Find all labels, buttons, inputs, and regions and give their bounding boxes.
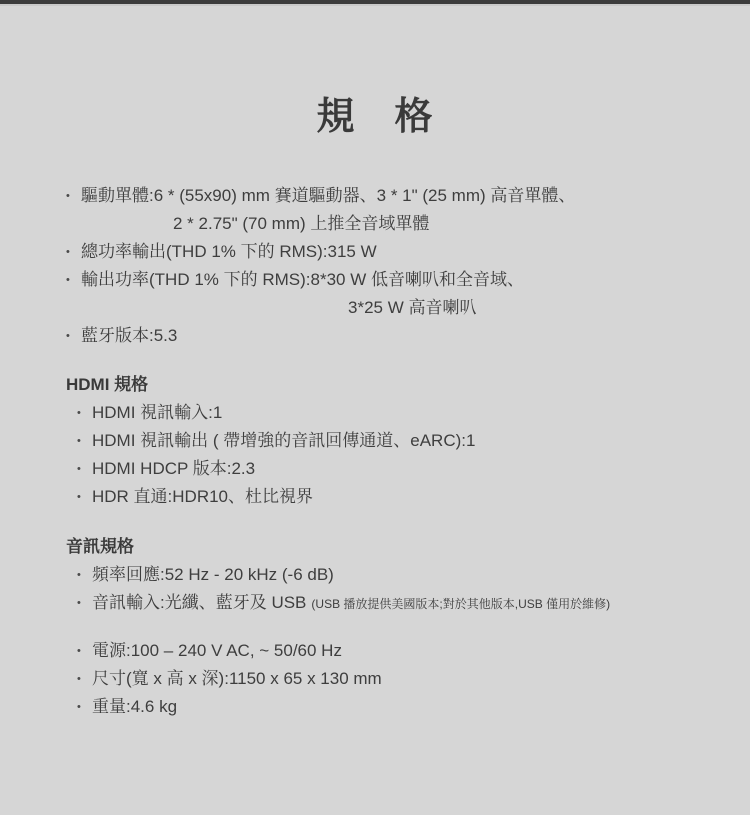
usb-availability-note: (USB 播放提供美國版本;對於其他版本,USB 僅用於維修) (311, 597, 610, 611)
general-specs-list: • 驅動單體:6 * (55x90) mm 賽道驅動器、3 * 1" (25 m… (66, 182, 730, 350)
spec-line-continuation: 3*25 W 高音喇叭 (348, 294, 524, 322)
spec-line: 尺寸(寬 x 高 x 深):1150 x 65 x 130 mm (92, 665, 382, 693)
physical-specs-list: • 電源:100 – 240 V AC, ~ 50/60 Hz • 尺寸(寬 x… (66, 637, 730, 721)
bullet-dot: • (77, 483, 92, 511)
spec-line: HDMI HDCP 版本:2.3 (92, 455, 255, 483)
spec-line: 頻率回應:52 Hz - 20 kHz (-6 dB) (92, 561, 334, 589)
top-divider-bar (0, 0, 750, 6)
spec-item-output-power: • 輸出功率(THD 1% 下的 RMS):8*30 W 低音喇叭和全音域、 3… (66, 266, 730, 322)
bullet-dot: • (77, 665, 92, 693)
bullet-dot: • (66, 182, 81, 210)
audio-section-heading: 音訊規格 (66, 533, 730, 561)
spec-item-power-supply: • 電源:100 – 240 V AC, ~ 50/60 Hz (77, 637, 730, 665)
spec-content: • 驅動單體:6 * (55x90) mm 賽道驅動器、3 * 1" (25 m… (0, 182, 750, 721)
bullet-dot: • (66, 266, 81, 294)
spec-line: HDR 直通:HDR10、杜比視界 (92, 483, 313, 511)
bullet-dot: • (77, 455, 92, 483)
bullet-dot: • (77, 589, 92, 617)
spec-item-bluetooth: • 藍牙版本:5.3 (66, 322, 730, 350)
spec-item-hdmi-output: • HDMI 視訊輸出 ( 帶增強的音訊回傳通道、eARC):1 (77, 427, 730, 455)
spec-line: 重量:4.6 kg (92, 693, 177, 721)
page-title: 規 格 (0, 98, 750, 136)
bullet-dot: • (77, 637, 92, 665)
spec-item-weight: • 重量:4.6 kg (77, 693, 730, 721)
spec-line: 輸出功率(THD 1% 下的 RMS):8*30 W 低音喇叭和全音域、 (81, 266, 524, 294)
bullet-dot: • (77, 693, 92, 721)
spec-item-frequency: • 頻率回應:52 Hz - 20 kHz (-6 dB) (77, 561, 730, 589)
spec-line: 藍牙版本:5.3 (81, 322, 177, 350)
bullet-dot: • (77, 427, 92, 455)
spec-line: HDMI 視訊輸入:1 (92, 399, 222, 427)
bullet-dot: • (66, 238, 81, 266)
spec-item-drivers: • 驅動單體:6 * (55x90) mm 賽道驅動器、3 * 1" (25 m… (66, 182, 730, 238)
spec-line: 電源:100 – 240 V AC, ~ 50/60 Hz (92, 637, 342, 665)
spec-line: HDMI 視訊輸出 ( 帶增強的音訊回傳通道、eARC):1 (92, 427, 475, 455)
spec-item-audio-input: • 音訊輸入:光纖、藍牙及 USB(USB 播放提供美國版本;對於其他版本,US… (77, 589, 730, 618)
spec-line: 總功率輸出(THD 1% 下的 RMS):315 W (81, 238, 377, 266)
spec-line: 驅動單體:6 * (55x90) mm 賽道驅動器、3 * 1" (25 mm)… (81, 182, 575, 210)
spec-item-hdcp: • HDMI HDCP 版本:2.3 (77, 455, 730, 483)
hdmi-section: HDMI 規格 • HDMI 視訊輸入:1 • HDMI 視訊輸出 ( 帶增強的… (66, 371, 730, 511)
spec-item-dimensions: • 尺寸(寬 x 高 x 深):1150 x 65 x 130 mm (77, 665, 730, 693)
spec-item-hdmi-input: • HDMI 視訊輸入:1 (77, 399, 730, 427)
bullet-dot: • (77, 399, 92, 427)
spec-item-hdr: • HDR 直通:HDR10、杜比視界 (77, 483, 730, 511)
spec-line-continuation: 2 * 2.75" (70 mm) 上推全音域單體 (173, 210, 575, 238)
hdmi-section-heading: HDMI 規格 (66, 371, 730, 399)
spec-item-total-power: • 總功率輸出(THD 1% 下的 RMS):315 W (66, 238, 730, 266)
audio-section: 音訊規格 • 頻率回應:52 Hz - 20 kHz (-6 dB) • 音訊輸… (66, 533, 730, 618)
spec-line: 音訊輸入:光纖、藍牙及 USB (92, 593, 306, 612)
bullet-dot: • (77, 561, 92, 589)
bullet-dot: • (66, 322, 81, 350)
